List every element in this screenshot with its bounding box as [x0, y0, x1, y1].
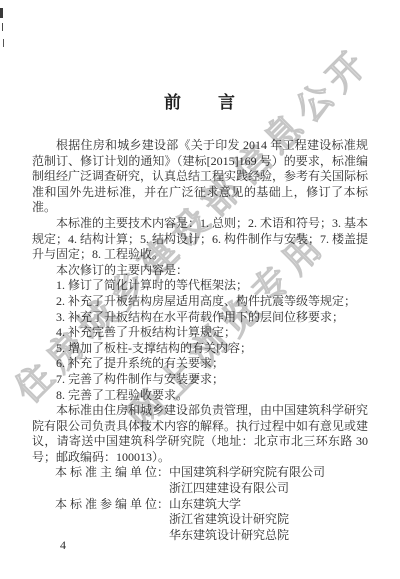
revision-item: 7. 完善了构件制作与安装要求； — [56, 372, 368, 388]
credits-participating-editors: 本 标 准 参 编 单 位： 山东建筑大学 浙江省建筑设计研究院 华东建筑设计研… — [55, 497, 368, 544]
credit-value: 华东建筑设计研究总院 — [169, 528, 368, 544]
credit-value: 浙江四建建设有限公司 — [169, 481, 368, 497]
credit-label: 本 标 准 参 编 单 位： — [55, 497, 169, 513]
paragraph-intro: 根据住房和城乡建设部《关于印发 2014 年工程建设标准规范制订、修订计划的通知… — [32, 138, 368, 216]
paragraph-revision-lead: 本次修订的主要内容是： — [32, 263, 368, 279]
revision-item: 5. 增加了板柱-支撑结构的有关内容； — [56, 341, 368, 357]
paragraph-contents: 本标准的主要技术内容是：1. 总则；2. 术语和符号；3. 基本规定；4. 结构… — [32, 216, 368, 263]
credit-value: 山东建筑大学 — [169, 497, 368, 513]
scan-artifact — [0, 8, 3, 18]
revision-item: 2. 补充了升板结构房屋适用高度、构件抗震等级等规定； — [56, 294, 368, 310]
document-page: 住房城乡建设部信息公开 网上浏览专用 前 言 根据住房和城乡建设部《关于印发 2… — [0, 0, 400, 579]
revision-item: 3. 补充了升板结构在水平荷载作用下的层间位移要求； — [56, 310, 368, 326]
revision-item: 8. 完善了工程验收要求。 — [56, 388, 368, 404]
credit-values: 中国建筑科学研究院有限公司 浙江四建建设有限公司 — [169, 465, 368, 496]
credit-value: 中国建筑科学研究院有限公司 — [169, 465, 368, 481]
paragraph-management: 本标准由住房和城乡建设部负责管理，由中国建筑科学研究院有限公司负责具体技术内容的… — [32, 403, 368, 465]
page-title: 前 言 — [32, 94, 368, 112]
revision-item: 4. 补充完善了升板结构计算规定； — [56, 325, 368, 341]
page-number: 4 — [60, 538, 66, 553]
credit-label: 本 标 准 主 编 单 位： — [55, 465, 169, 481]
credits-block: 本 标 准 主 编 单 位： 中国建筑科学研究院有限公司 浙江四建建设有限公司 … — [55, 465, 368, 543]
credit-values: 山东建筑大学 浙江省建筑设计研究院 华东建筑设计研究总院 — [169, 497, 368, 544]
credits-chief-editors: 本 标 准 主 编 单 位： 中国建筑科学研究院有限公司 浙江四建建设有限公司 — [55, 465, 368, 496]
credit-value: 浙江省建筑设计研究院 — [169, 512, 368, 528]
revision-item: 1. 修订了简化计算时的等代框架法； — [56, 278, 368, 294]
revision-item: 6. 补充了提升系统的有关要求； — [56, 356, 368, 372]
preface-content: 前 言 根据住房和城乡建设部《关于印发 2014 年工程建设标准规范制订、修订计… — [0, 0, 400, 543]
